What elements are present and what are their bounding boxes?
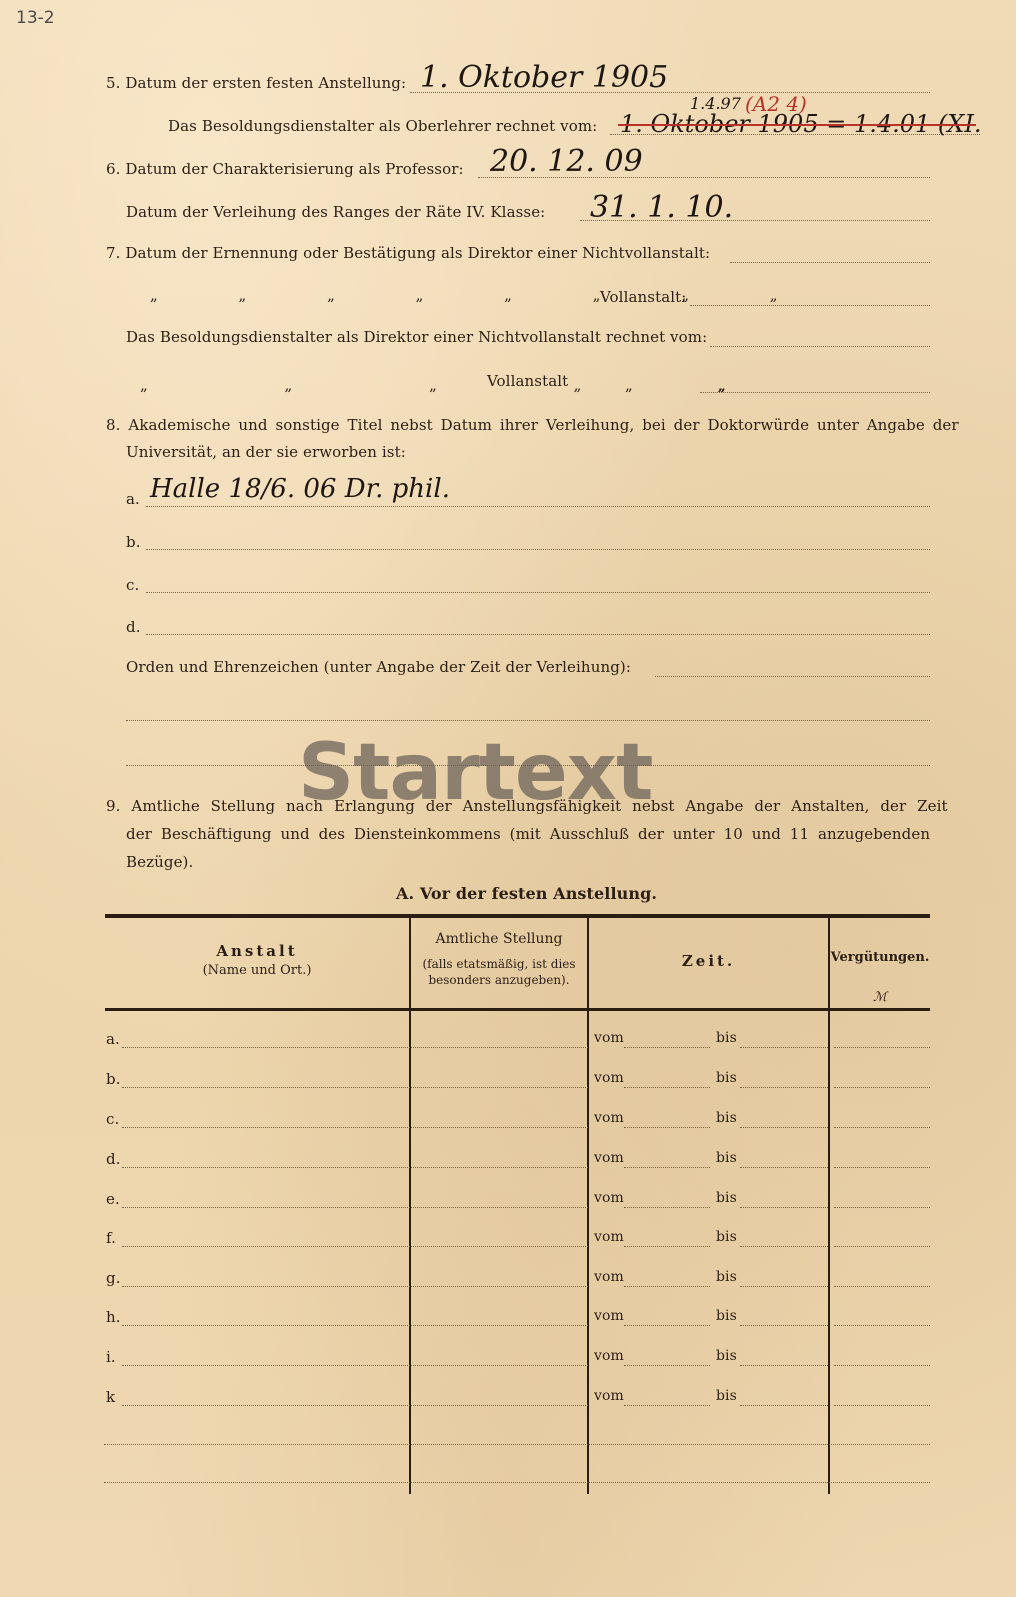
section9-label-line2: der Beschäftigung und des Diensteinkomme… <box>126 825 930 843</box>
section8-label-line1: 8. Akademische und sonstige Titel nebst … <box>106 416 959 434</box>
section7-vollanstalt-label-2: Vollanstalt <box>487 372 568 390</box>
section8-item-a-field[interactable] <box>146 506 930 507</box>
section7-sub-field[interactable] <box>710 346 930 347</box>
section7-sub-label: Das Besoldungsdienstalter als Direktor e… <box>126 328 707 346</box>
row-vom-label: vom <box>594 1388 624 1404</box>
row-bis-label: bis <box>716 1110 737 1126</box>
row-letter: c. <box>106 1110 119 1128</box>
row-letter: g. <box>106 1269 121 1287</box>
row-bis-field[interactable] <box>740 1127 828 1128</box>
header-stellung-sub1: (falls etatsmäßig, ist dies <box>411 957 587 971</box>
section8-number: 8. <box>106 416 121 434</box>
row-verguetung-field[interactable] <box>834 1127 930 1128</box>
section8-orden-label: Orden und Ehrenzeichen (unter Angabe der… <box>126 658 631 676</box>
watermark-text: Startext <box>298 728 652 818</box>
section7-number: 7. <box>106 244 121 262</box>
row-anstalt-field[interactable] <box>122 1365 588 1366</box>
row-bis-label: bis <box>716 1070 737 1086</box>
section8-orden-field-2[interactable] <box>126 720 930 721</box>
row-vom-label: vom <box>594 1110 624 1126</box>
section8-item-d-letter: d. <box>126 618 141 636</box>
section7-vollanstalt-label: Vollanstalt: <box>600 288 686 306</box>
section8-item-c-letter: c. <box>126 576 139 594</box>
row-bis-label: bis <box>716 1308 737 1324</box>
row-vom-field[interactable] <box>624 1325 710 1326</box>
margin-page-note: 13-2 <box>16 8 55 28</box>
section6-handwritten-value: 20. 12. 09 <box>490 144 643 179</box>
row-letter: b. <box>106 1070 121 1088</box>
row-bis-field[interactable] <box>740 1325 828 1326</box>
section6-sub-handwritten-value: 31. 1. 10. <box>590 190 733 225</box>
section5-sub-inserted-date: 1.4.97 <box>690 94 741 113</box>
section8-item-a-letter: a. <box>126 490 140 508</box>
section6-number: 6. <box>106 160 121 178</box>
row-vom-field[interactable] <box>624 1087 710 1088</box>
section7-label: 7. Datum der Ernennung oder Bestätigung … <box>106 244 710 262</box>
column-divider-2 <box>587 918 589 1494</box>
table-header-rule <box>105 1008 930 1011</box>
row-verguetung-field[interactable] <box>834 1246 930 1247</box>
row-letter: e. <box>106 1190 120 1208</box>
header-anstalt-sub: (Name und Ort.) <box>105 963 409 978</box>
section7-ditto-marks: „ „ „ „ „ „ „ „ <box>150 286 816 304</box>
row-vom-label: vom <box>594 1269 624 1285</box>
row-verguetung-field[interactable] <box>834 1087 930 1088</box>
row-vom-label: vom <box>594 1190 624 1206</box>
table-extra-line-2[interactable] <box>104 1482 930 1483</box>
row-bis-field[interactable] <box>740 1207 828 1208</box>
row-vom-field[interactable] <box>624 1127 710 1128</box>
row-vom-field[interactable] <box>624 1286 710 1287</box>
section8-item-a-value: Halle 18/6. 06 Dr. phil. <box>150 474 450 504</box>
row-bis-label: bis <box>716 1388 737 1404</box>
section8-item-b-letter: b. <box>126 533 141 551</box>
row-letter: i. <box>106 1348 116 1366</box>
section5-handwritten-value: 1. Oktober 1905 <box>420 60 668 95</box>
row-verguetung-field[interactable] <box>834 1286 930 1287</box>
section7-vollanstalt-field[interactable] <box>690 305 930 306</box>
row-bis-field[interactable] <box>740 1405 828 1406</box>
row-verguetung-field[interactable] <box>834 1207 930 1208</box>
row-anstalt-field[interactable] <box>122 1325 588 1326</box>
row-letter: d. <box>106 1150 121 1168</box>
row-verguetung-field[interactable] <box>834 1325 930 1326</box>
row-vom-field[interactable] <box>624 1365 710 1366</box>
row-letter: a. <box>106 1030 120 1048</box>
row-anstalt-field[interactable] <box>122 1167 588 1168</box>
row-anstalt-field[interactable] <box>122 1286 588 1287</box>
section5-sub-label: Das Besoldungsdienstalter als Oberlehrer… <box>168 117 597 135</box>
section9-subsection-title: A. Vor der festen Anstellung. <box>396 884 657 903</box>
section7-field[interactable] <box>730 262 930 263</box>
section8-item-b-field[interactable] <box>146 549 930 550</box>
row-bis-label: bis <box>716 1269 737 1285</box>
row-letter: k <box>106 1388 115 1406</box>
row-bis-label: bis <box>716 1190 737 1206</box>
row-vom-label: vom <box>594 1348 624 1364</box>
header-anstalt: Anstalt <box>105 942 409 960</box>
table-extra-line-1[interactable] <box>104 1444 930 1445</box>
row-vom-label: vom <box>594 1229 624 1245</box>
section7-sub-vollanstalt-field[interactable] <box>700 392 930 393</box>
row-bis-field[interactable] <box>740 1167 828 1168</box>
row-bis-field[interactable] <box>740 1087 828 1088</box>
row-vom-label: vom <box>594 1070 624 1086</box>
row-vom-field[interactable] <box>624 1047 710 1048</box>
red-strikethrough-line <box>618 124 976 126</box>
header-zeit: Zeit. <box>589 952 828 970</box>
row-bis-field[interactable] <box>740 1286 828 1287</box>
row-bis-field[interactable] <box>740 1047 828 1048</box>
row-anstalt-field[interactable] <box>122 1246 588 1247</box>
section5-label: 5. Datum der ersten festen Anstellung: <box>106 74 406 92</box>
section9-label-line3: Bezüge). <box>126 853 193 871</box>
row-anstalt-field[interactable] <box>122 1087 588 1088</box>
row-bis-label: bis <box>716 1229 737 1245</box>
row-vom-field[interactable] <box>624 1167 710 1168</box>
section6-label: 6. Datum der Charakterisierung als Profe… <box>106 160 464 178</box>
section5-sub-red-note: (A2 4) <box>745 92 807 116</box>
header-verguetungen: Vergütungen. <box>830 950 930 965</box>
row-bis-label: bis <box>716 1348 737 1364</box>
row-bis-field[interactable] <box>740 1246 828 1247</box>
row-vom-field[interactable] <box>624 1405 710 1406</box>
row-anstalt-field[interactable] <box>122 1207 588 1208</box>
row-verguetung-field[interactable] <box>834 1365 930 1366</box>
row-vom-label: vom <box>594 1150 624 1166</box>
row-vom-label: vom <box>594 1030 624 1046</box>
section5-number: 5. <box>106 74 121 92</box>
row-anstalt-field[interactable] <box>122 1127 588 1128</box>
row-anstalt-field[interactable] <box>122 1047 588 1048</box>
header-stellung: Amtliche Stellung <box>411 931 587 947</box>
row-bis-label: bis <box>716 1150 737 1166</box>
row-verguetung-field[interactable] <box>834 1167 930 1168</box>
header-currency-mark: ℳ <box>830 990 930 1005</box>
row-bis-label: bis <box>716 1030 737 1046</box>
section8-item-d-field[interactable] <box>146 634 930 635</box>
row-letter: f. <box>106 1229 116 1247</box>
row-vom-field[interactable] <box>624 1246 710 1247</box>
row-verguetung-field[interactable] <box>834 1047 930 1048</box>
table-top-rule <box>105 914 930 918</box>
header-stellung-sub2: besonders anzugeben). <box>411 973 587 987</box>
column-divider-1 <box>409 918 411 1494</box>
row-verguetung-field[interactable] <box>834 1405 930 1406</box>
section6-sub-label: Datum der Verleihung des Ranges der Räte… <box>126 203 545 221</box>
row-vom-field[interactable] <box>624 1207 710 1208</box>
row-vom-label: vom <box>594 1308 624 1324</box>
section8-item-c-field[interactable] <box>146 592 930 593</box>
row-bis-field[interactable] <box>740 1365 828 1366</box>
section8-label-line2: Universität, an der sie erworben ist: <box>126 443 406 461</box>
section9-number: 9. <box>106 797 121 815</box>
row-anstalt-field[interactable] <box>122 1405 588 1406</box>
section8-orden-field[interactable] <box>655 676 930 677</box>
row-letter: h. <box>106 1308 121 1326</box>
